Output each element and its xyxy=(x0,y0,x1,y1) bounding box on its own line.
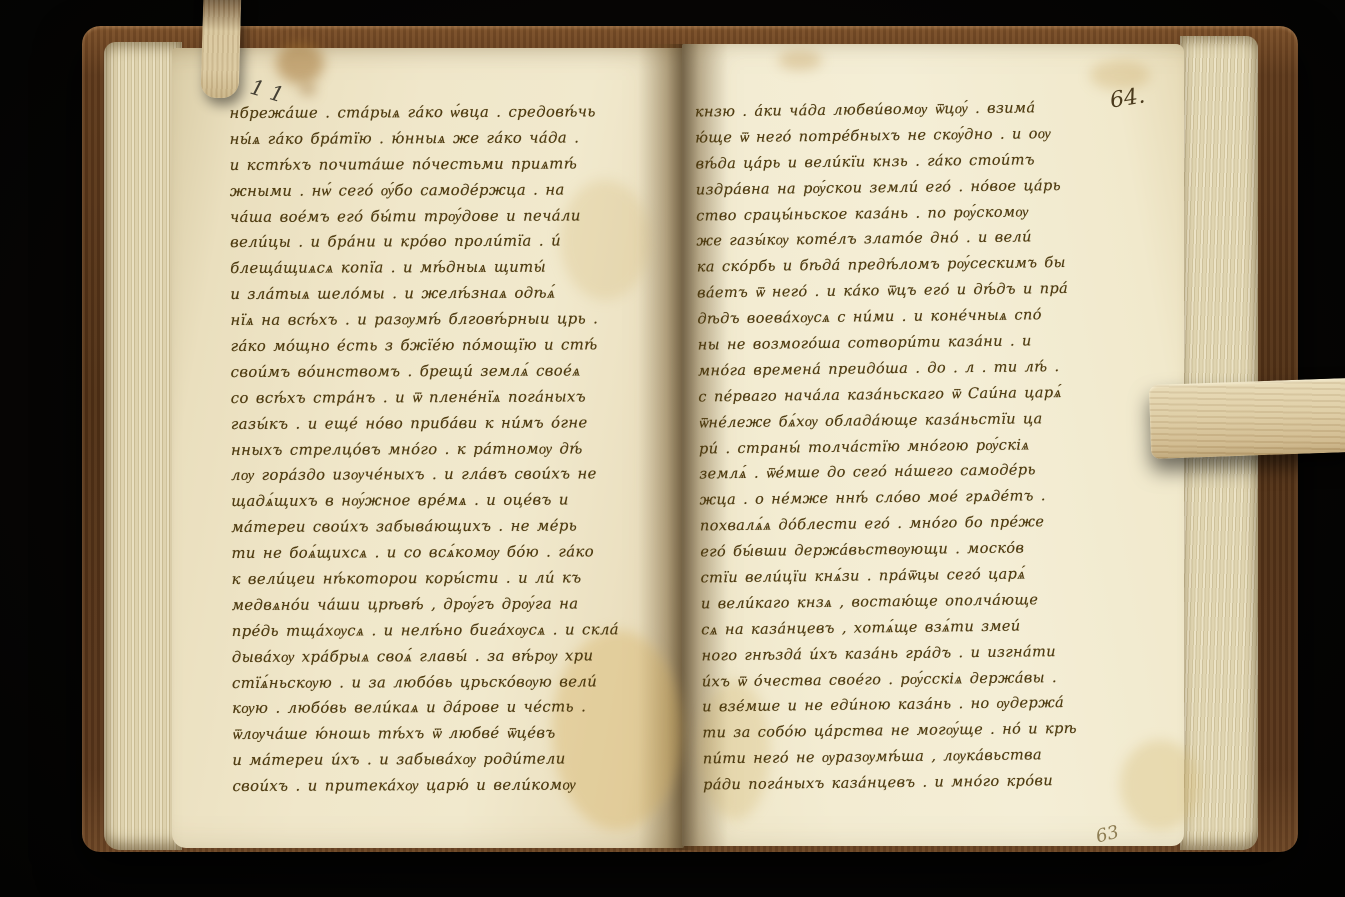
manuscript-line: кѹю . любо́вь вели́каѧ и да́рове и че́ст… xyxy=(232,695,668,723)
manuscript-photo: 11 64. 63 нбрежа́ше . ста́рыѧ га́ко ѡ́вц… xyxy=(0,0,1345,897)
right-page-text: кнзю . а́ки ча́да любви́вомѹ ѿцѹ́ . взим… xyxy=(695,96,1104,800)
manuscript-line: издра́вна на рѹ́скои земли́ его́ . но́во… xyxy=(696,173,1096,204)
manuscript-line: ти за собо́ю ца́рства не могѹ́ще . но́ и… xyxy=(702,717,1102,748)
manuscript-line: га́ко мо́щно е́сть з бжїе́ю по́мощїю и с… xyxy=(230,332,666,360)
manuscript-line: ю́ще ѿ него́ потре́бныхъ не скѹ́дно . и … xyxy=(695,121,1095,152)
manuscript-line: дыва́хѹ хра́брыѧ своѧ́ главы́ . за вѣ́рѹ… xyxy=(232,643,668,671)
left-fore-edge xyxy=(104,42,182,850)
left-page-text: нбрежа́ше . ста́рыѧ га́ко ѡ́вца . средов… xyxy=(229,99,668,800)
manuscript-line: щадѧ́щихъ в нѹ́жное вре́мѧ . и оце́въ и xyxy=(231,487,667,515)
manuscript-line: похвалѧ́ѧ до́блести его́ . мно́го бо пре… xyxy=(700,510,1100,541)
manuscript-line: жными . нѡ́ сего́ ѹ́бо самоде́ржца . на xyxy=(230,177,666,205)
manuscript-line: газы́къ . и еще́ но́во приба́ви к ни́мъ … xyxy=(231,410,667,438)
manuscript-line: ма́тереи свои́хъ забыва́ющихъ . не ме́рь xyxy=(231,513,667,541)
manuscript-line: нбрежа́ше . ста́рыѧ га́ко ѡ́вца . средов… xyxy=(229,99,665,127)
manuscript-line: ны́ѧ га́ко бра́тїю . ю́нныѧ же га́ко ча́… xyxy=(230,125,666,153)
manuscript-line: свои́мъ во́инствомъ . брещи́ землѧ́ свое… xyxy=(231,358,667,386)
manuscript-line: ча́ша вое́мъ его́ бы́ти трѹ́дове и печа́… xyxy=(230,203,666,231)
manuscript-line: со всѣ́хъ стра́нъ . и ѿ плене́нїѧ пога́н… xyxy=(231,384,667,412)
bookmark-stick-top xyxy=(200,0,241,99)
manuscript-line: ѿне́леже бѧ́хѹ облада́юще каза́ньстїи ца xyxy=(699,406,1099,437)
manuscript-line: и ма́тереи и́хъ . и забыва́хѹ роди́тели xyxy=(232,746,668,774)
manuscript-line: и зла́тыѧ шело́мы . и желѣ́знаѧ одѣѧ́ xyxy=(230,280,666,308)
manuscript-line: лѹ гора́здо изѹче́ныхъ . и гла́въ свои́х… xyxy=(231,462,667,490)
manuscript-line: свои́хъ . и притека́хѹ царю́ и вели́комѹ xyxy=(232,772,668,800)
manuscript-line: пре́дь тща́хѹсѧ . и нелѣ́но бига́хѹсѧ . … xyxy=(232,617,668,645)
manuscript-line: ѿлѹча́ше ю́ношь тѣ́хъ ѿ любве́ ѿце́въ xyxy=(232,720,668,748)
manuscript-line: нныхъ стрелцо́въ мно́го . к ра́тномѹ дѣ́ xyxy=(231,436,667,464)
manuscript-line: блеща́щиѧсѧ копїа . и мѣ́дныѧ щиты́ xyxy=(230,254,666,282)
manuscript-line: к вели́цеи нѣ́которои коры́сти . и ли́ к… xyxy=(232,565,668,593)
manuscript-line: ти не боѧ́щихсѧ . и со всѧ́комѹ бо́ю . г… xyxy=(231,539,667,567)
bookmark-stick-right xyxy=(1149,378,1345,459)
manuscript-line: нїѧ на всѣ́хъ . и разѹмѣ́ блговѣ́рныи цр… xyxy=(230,306,666,334)
manuscript-line: вели́цы . и бра́ни и кро́во проли́тїа . … xyxy=(230,229,666,257)
manuscript-line: медвѧно́и ча́ши црѣвѣ́ , дрѹ́гъ дрѹ́га н… xyxy=(232,591,668,619)
manuscript-line: ра́ди пога́ныхъ каза́нцевъ . и мно́го кр… xyxy=(703,769,1103,800)
manuscript-line: и кстѣ́хъ почита́ше по́честьми приѧтѣ́ xyxy=(230,151,666,179)
manuscript-line: дѣдъ воева́хѹсѧ с ни́ми . и коне́чныѧ сп… xyxy=(697,303,1097,334)
manuscript-line: стїѧ́ньскѹю . и за любо́вь црьско́вѹю ве… xyxy=(232,669,668,697)
